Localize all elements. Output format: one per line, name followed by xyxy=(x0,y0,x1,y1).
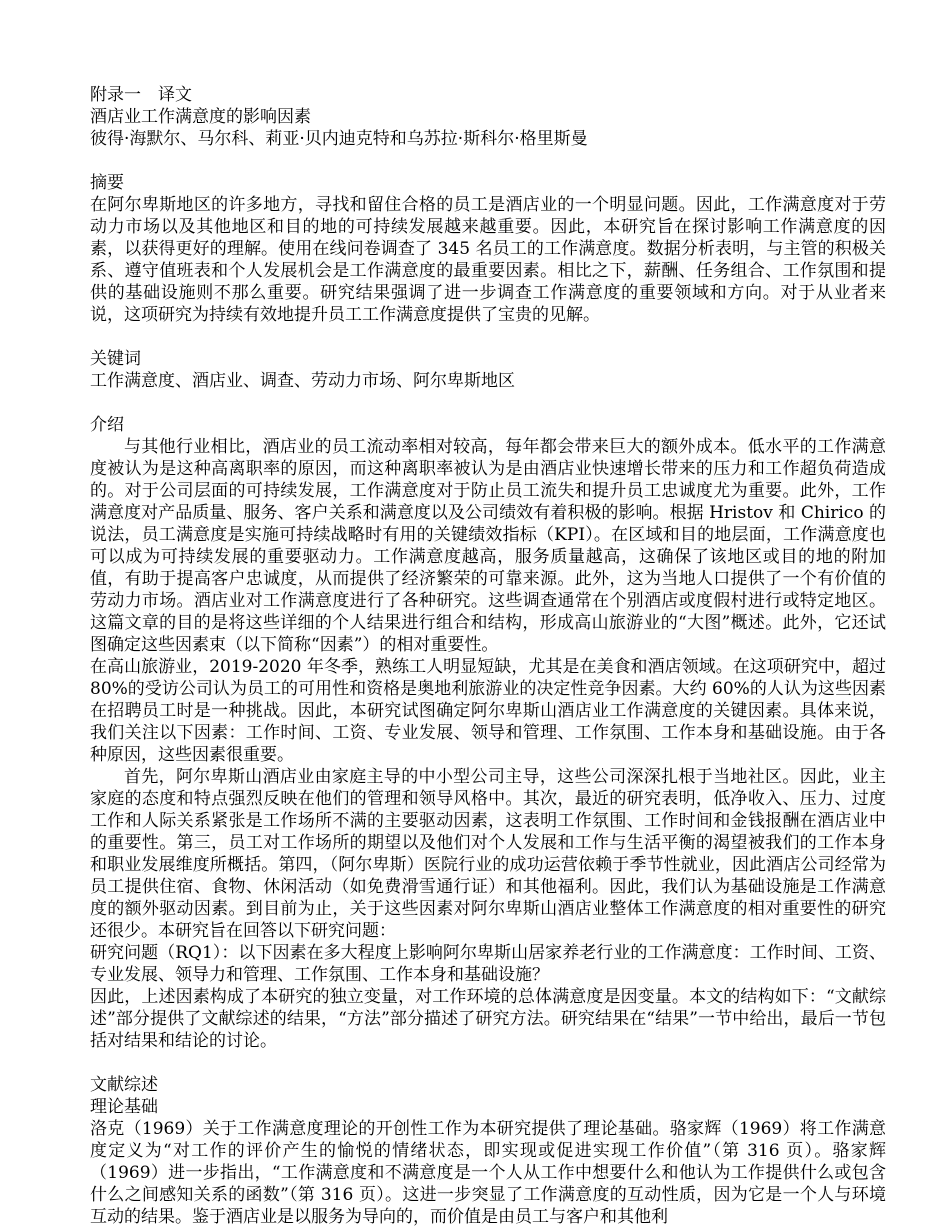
abstract-heading: 摘要 xyxy=(90,172,886,194)
keywords-heading: 关键词 xyxy=(90,348,886,370)
literature-review-heading: 文献综述 xyxy=(90,1074,886,1096)
spacer xyxy=(90,150,886,172)
spacer xyxy=(90,1052,886,1074)
authors-line: 彼得·海默尔、马尔科、莉亚·贝内迪克特和乌苏拉·斯科尔·格里斯曼 xyxy=(90,128,886,150)
literature-review-paragraph-1: 洛克（1969）关于工作满意度理论的开创性工作为本研究提供了理论基础。骆家辉（1… xyxy=(90,1118,886,1228)
paper-title: 酒店业工作满意度的影响因素 xyxy=(90,106,886,128)
abstract-body: 在阿尔卑斯地区的许多地方，寻找和留住合格的员工是酒店业的一个明显问题。因此，工作… xyxy=(90,194,886,326)
keywords-body: 工作满意度、酒店业、调查、劳动力市场、阿尔卑斯地区 xyxy=(90,370,886,392)
document-page: 附录一 译文 酒店业工作满意度的影响因素 彼得·海默尔、马尔科、莉亚·贝内迪克特… xyxy=(0,0,952,1232)
introduction-paragraph-3: 首先，阿尔卑斯山酒店业由家庭主导的中小型公司主导，这些公司深深扎根于当地社区。因… xyxy=(90,766,886,942)
theory-foundation-subheading: 理论基础 xyxy=(90,1096,886,1118)
research-question-paragraph: 研究问题（RQ1）：以下因素在多大程度上影响阿尔卑斯山居家养老行业的工作满意度：… xyxy=(90,942,886,986)
introduction-heading: 介绍 xyxy=(90,414,886,436)
appendix-heading: 附录一 译文 xyxy=(90,84,886,106)
introduction-paragraph-4: 因此，上述因素构成了本研究的独立变量，对工作环境的总体满意度是因变量。本文的结构… xyxy=(90,986,886,1052)
spacer xyxy=(90,392,886,414)
introduction-paragraph-1: 与其他行业相比，酒店业的员工流动率相对较高，每年都会带来巨大的额外成本。低水平的… xyxy=(90,436,886,656)
spacer xyxy=(90,326,886,348)
introduction-paragraph-2: 在高山旅游业，2019-2020 年冬季，熟练工人明显短缺，尤其是在美食和酒店领… xyxy=(90,656,886,766)
